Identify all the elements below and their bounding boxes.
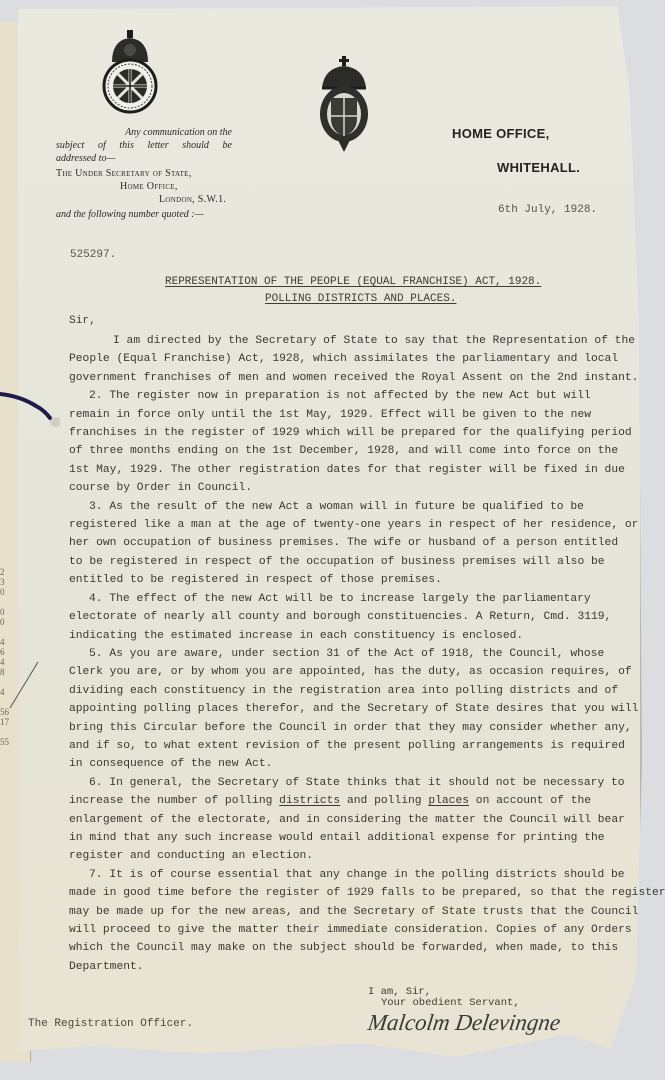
pencil-mark-icon xyxy=(6,660,46,710)
margin-marks: 230 00 4648 4 5617 55 xyxy=(0,567,12,747)
paragraph-line: which the Council may make on the subjec… xyxy=(69,939,657,957)
paragraph-line: to be registered in respect of the occup… xyxy=(69,553,657,571)
paragraph-line: enlargement of the electorate, and in co… xyxy=(69,811,657,829)
address-line: London, S.W.1. xyxy=(56,193,232,206)
margin-mark: 0 xyxy=(0,617,12,627)
paragraph-line: 1st May, 1929. The other registration da… xyxy=(69,461,657,479)
margin-mark xyxy=(0,727,12,737)
address-line: The Under Secretary of State, xyxy=(56,167,232,180)
paragraph-line: entitled to be registered in respect of … xyxy=(69,571,657,589)
paragraph-line: register and conducting an election. xyxy=(69,847,657,865)
closing-line: Your obedient Servant, xyxy=(381,997,520,1009)
paragraph-line: franchises in the register of 1929 which… xyxy=(69,424,657,442)
margin-mark: 0 xyxy=(0,607,12,617)
paragraph-line: in consequence of the new Act. xyxy=(69,755,657,773)
paragraph-line: remain in force only until the 1st May, … xyxy=(69,406,657,424)
paragraph-line: dividing each constituency in the regist… xyxy=(69,682,657,700)
address-line: Home Office, xyxy=(56,180,232,193)
paragraph-line: government franchises of men and women r… xyxy=(69,369,657,387)
royal-arms-crest-icon xyxy=(314,54,374,154)
margin-mark: 55 xyxy=(0,737,12,747)
paragraph-line: registered like a man at the age of twen… xyxy=(69,516,657,534)
paragraph-line: indicating the estimated increase in eac… xyxy=(69,627,657,645)
addressee: The Registration Officer. xyxy=(28,1018,193,1030)
paragraph-line: 5. As you are aware, under section 31 of… xyxy=(69,645,657,663)
paragraph-line: in mind that any such increase would ent… xyxy=(69,829,657,847)
paragraph-line: I am directed by the Secretary of State … xyxy=(69,332,657,350)
paragraph-line: Clerk you are, or by whom you are appoin… xyxy=(69,663,657,681)
letter-date: 6th July, 1928. xyxy=(498,204,597,216)
heading-subtitle: POLLING DISTRICTS AND PLACES. xyxy=(265,293,456,305)
paragraph-line: will proceed to give the matter their im… xyxy=(69,921,657,939)
paragraph-line: 7. It is of course essential that any ch… xyxy=(69,866,657,884)
paragraph-line: made in good time before the register of… xyxy=(69,884,657,902)
paragraph-line: may be made up for the new areas, and th… xyxy=(69,903,657,921)
letterhead-address-note: Any communication on the subject of this… xyxy=(56,126,232,221)
paragraph-line: and if so, to what extent revision of th… xyxy=(69,737,657,755)
paragraph-line: 3. As the result of the new Act a woman … xyxy=(69,498,657,516)
note-line: subject of this letter should be xyxy=(56,139,232,152)
office-name: HOME OFFICE, xyxy=(452,126,550,141)
paragraph-line: appointing polling places therefor, and … xyxy=(69,700,657,718)
signature: Malcolm Delevingne xyxy=(366,1010,562,1036)
margin-mark: 2 xyxy=(0,567,12,577)
heading-title: REPRESENTATION OF THE PEOPLE (EQUAL FRAN… xyxy=(165,276,541,288)
margin-mark: 6 xyxy=(0,647,12,657)
paragraph-line: bring this Circular before the Council i… xyxy=(69,719,657,737)
note-line: Any communication on the xyxy=(56,126,232,139)
paragraph-line: 4. The effect of the new Act will be to … xyxy=(69,590,657,608)
note-end: and the following number quoted :— xyxy=(56,208,232,221)
margin-mark: 17 xyxy=(0,717,12,727)
reference-number: 525297. xyxy=(70,249,116,261)
paragraph-line: People (Equal Franchise) Act, 1928, whic… xyxy=(69,350,657,368)
ribbon-tie-icon xyxy=(0,388,60,428)
note-line: addressed to— xyxy=(56,152,232,165)
margin-mark xyxy=(0,627,12,637)
paragraph-line: 6. In general, the Secretary of State th… xyxy=(69,774,657,792)
salutation: Sir, xyxy=(69,315,96,327)
margin-mark: 3 xyxy=(0,577,12,587)
margin-mark: 4 xyxy=(0,637,12,647)
paragraph-line: increase the number of polling districts… xyxy=(69,792,657,810)
paragraph-line: Department. xyxy=(69,958,657,976)
paragraph-line: course by Order in Council. xyxy=(69,479,657,497)
paragraph-line: electorate of nearly all county and boro… xyxy=(69,608,657,626)
office-location: WHITEHALL. xyxy=(497,160,580,175)
paragraph-line: 2. The register now in preparation is no… xyxy=(69,387,657,405)
margin-mark: 0 xyxy=(0,587,12,597)
national-scheme-crest-icon xyxy=(100,28,160,124)
letter-body: I am directed by the Secretary of State … xyxy=(69,332,657,976)
paragraph-line: her own occupation of business premises.… xyxy=(69,534,657,552)
paragraph-line: of three months ending on the 1st Decemb… xyxy=(69,442,657,460)
margin-mark xyxy=(0,597,12,607)
